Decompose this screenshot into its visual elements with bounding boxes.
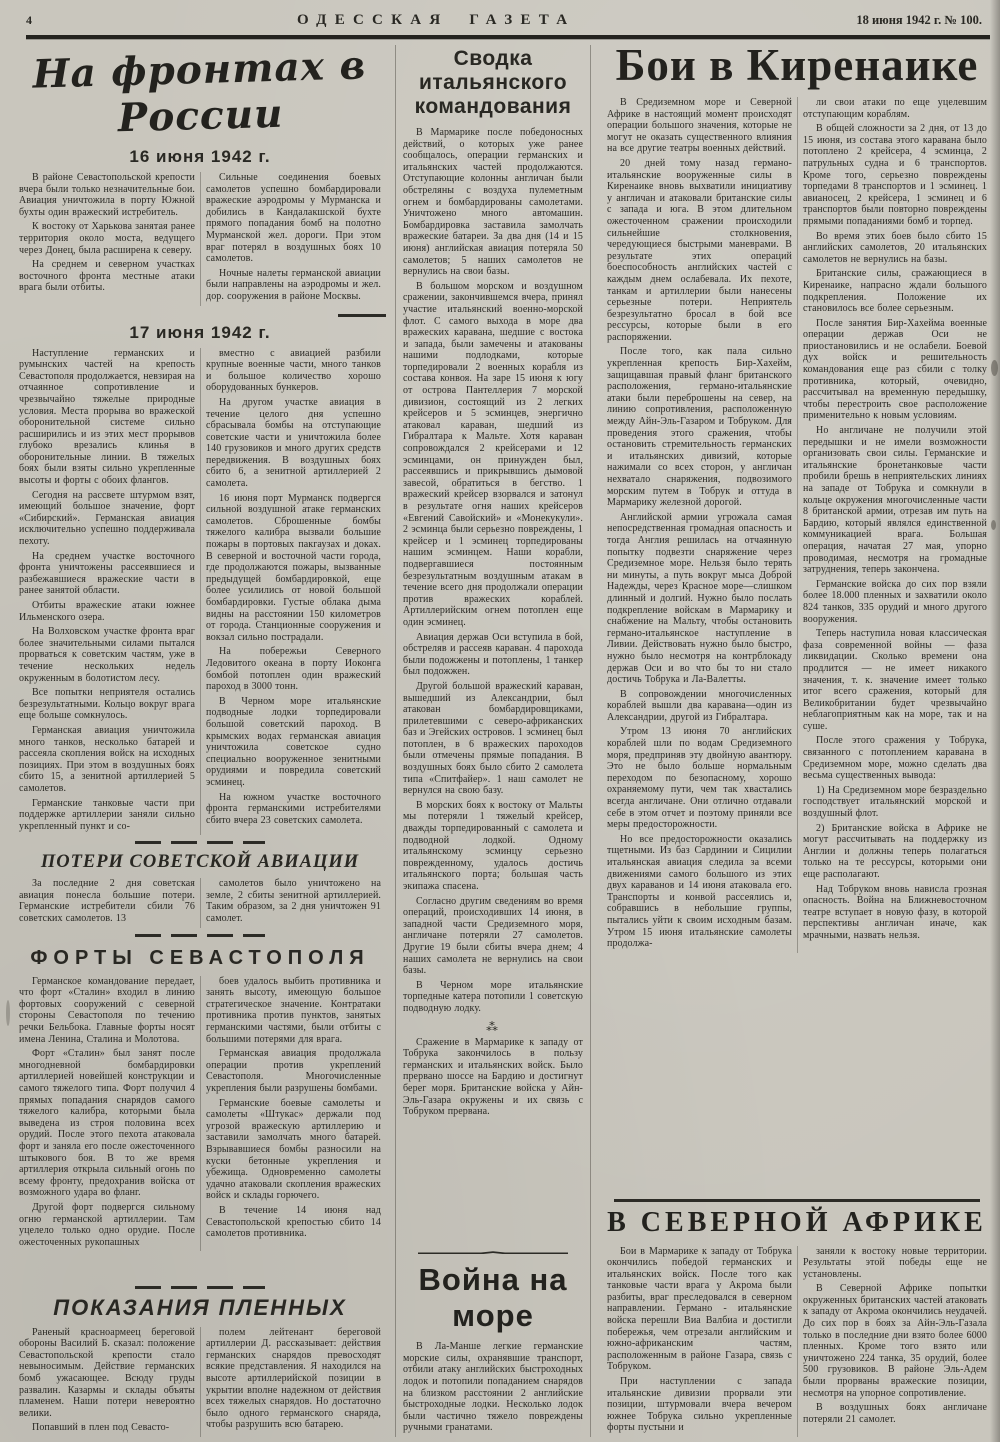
paragraph: Но англичане не получили этой передышки … — [803, 425, 987, 576]
italian-command-text-a: В Мармарике после победоносных действий,… — [403, 127, 583, 1018]
section-divider — [135, 841, 265, 844]
paragraph: Германская авиация продолжала операции п… — [206, 1048, 381, 1094]
article-north-africa: В СЕВЕРНОЙ АФРИКЕ Бои в Мармарике к запа… — [602, 1193, 992, 1438]
newspaper-page: { "header": { "page_number": "4", "masth… — [0, 0, 1000, 1442]
paragraph: В Мармарике после победоносных действий,… — [403, 127, 583, 278]
italian-command-title-line1: Сводка итальянского — [419, 47, 567, 94]
paragraph: В морских боях к востоку от Мальты мы по… — [403, 800, 583, 893]
fronts-day2-text: Наступление германских и румынских часте… — [14, 348, 386, 836]
paragraph: 1) На Средиземном море безраздельно госп… — [803, 785, 987, 820]
paragraph: Все попытки неприятеля остались безрезул… — [19, 687, 195, 722]
paragraph: В большом морском и воздушном сражении, … — [403, 281, 583, 629]
paragraph: Другой большой вражеский караван, вышедш… — [403, 681, 583, 797]
fronts-title: На фронтах в России — [14, 45, 386, 144]
paragraph: Германское командование передает, что фо… — [19, 976, 195, 1046]
paragraph: В Средиземном море и Северной Африке в н… — [607, 97, 792, 155]
scan-artifact — [991, 360, 998, 376]
cyrenaica-col2: ли свои атаки по еще уцелевшим отступающ… — [797, 97, 992, 953]
paragraph: После того, как пала сильно укрепленная … — [607, 346, 792, 508]
paragraph: В Черном море итальянские торпедные кате… — [403, 980, 583, 1015]
paragraph: На среднем и северном участках восточног… — [19, 259, 195, 294]
cyrenaica-title: Бои в Киренаике — [602, 45, 992, 89]
fronts-day1-col1: В районе Севастопольской крепости вчера … — [14, 172, 200, 306]
section-divider — [135, 1286, 265, 1289]
issue-date: 18 июня 1942 г. № 100. — [856, 13, 982, 28]
page-body: На фронтах в России 16 июня 1942 г. В ра… — [0, 39, 1000, 1437]
paragraph: Но все предосторожности оказались тщетны… — [607, 834, 792, 950]
paragraph: На южном участке восточного фронта герма… — [206, 792, 381, 827]
section-divider — [418, 1251, 568, 1254]
paragraph: Над Тобруком вновь нависла грозная опасн… — [803, 884, 987, 942]
paragraph: Авиация держав Оси вступила в бой, обстр… — [403, 632, 583, 678]
italian-command-title: Сводка итальянского командования — [403, 47, 583, 119]
paragraph: Германские боевые самолеты и самолеты «Ш… — [206, 1098, 381, 1202]
paragraph: ли свои атаки по еще уцелевшим отступающ… — [803, 97, 987, 120]
losses-col1: За последние 2 дня советская авиация пон… — [14, 878, 200, 927]
article-cyrenaica: Бои в Киренаике В Средиземном море и Сев… — [600, 45, 992, 1437]
scan-artifact — [6, 1000, 10, 1026]
north-africa-text: Бои в Мармарике к западу от Тобрука окон… — [602, 1246, 992, 1438]
paragraph: вместно с авиацией разбили крупные военн… — [206, 348, 381, 394]
paragraph: Сильные соединения боевых самолетов успе… — [206, 172, 381, 265]
paragraph: В течение 14 июня над Севастопольской кр… — [206, 1205, 381, 1240]
asterism-ornament: ⁂ — [403, 1020, 583, 1035]
paragraph: В общей сложности за 2 дня, от 13 до 15 … — [803, 123, 987, 227]
prisoners-col1: Раненый красноармеец береговой обороны В… — [14, 1327, 200, 1437]
paragraph: В районе Севастопольской крепости вчера … — [19, 172, 195, 218]
paragraph: Германские танковые части при поддержке … — [19, 798, 195, 833]
north-africa-col2: заняли к востоку новые территории. Резул… — [797, 1246, 992, 1438]
paragraph: самолетов было уничтожено на земле, 2 сб… — [206, 878, 381, 924]
losses-title: ПОТЕРИ СОВЕТСКОЙ АВИАЦИИ — [14, 852, 386, 873]
paragraph: Германские войска до сих пор взяли более… — [803, 579, 987, 625]
paragraph: Ночные налеты германской авиации были на… — [206, 268, 381, 303]
fronts-day1-col2: Сильные соединения боевых самолетов успе… — [200, 172, 386, 306]
paragraph: За последние 2 дня советская авиация пон… — [19, 878, 195, 924]
paragraph: Британские силы, сражающиеся в Киренаике… — [803, 268, 987, 314]
masthead-title: ОДЕССКАЯ ГАЗЕТА — [297, 12, 575, 29]
paragraph: Германская авиация уничтожила много танк… — [19, 725, 195, 795]
paragraph: Английской армии угрожала самая непосред… — [607, 512, 792, 686]
article-prisoners-testimony: ПОКАЗАНИЯ ПЛЕННЫХ Раненый красноармеец б… — [14, 1280, 386, 1437]
italian-command-title-line2: командования — [415, 95, 572, 118]
fronts-day2-col1: Наступление германских и румынских часте… — [14, 348, 200, 836]
paragraph: В сопровождении многочисленных кораблей … — [607, 689, 792, 724]
paragraph: Раненый красноармеец береговой обороны В… — [19, 1327, 195, 1420]
paragraph: 2) Британские войска в Африке не могут р… — [803, 823, 987, 881]
paragraph: 20 дней тому назад германо-итальянские в… — [607, 158, 792, 344]
page-header: 4 ОДЕССКАЯ ГАЗЕТА 18 июня 1942 г. № 100. — [0, 0, 1000, 33]
paragraph: Попавший в плен под Севасто- — [19, 1422, 195, 1434]
cyrenaica-text: В Средиземном море и Северной Африке в н… — [602, 97, 992, 953]
paragraph: В Черном море итальянские подводные лодк… — [206, 696, 381, 789]
paragraph: К востоку от Харькова занятая ранее терр… — [19, 221, 195, 256]
prisoners-col2: полем лейтенант береговой артиллерии Д. … — [200, 1327, 386, 1437]
forts-title: ФОРТЫ СЕВАСТОПОЛЯ — [14, 947, 386, 970]
paragraph: Сегодня на рассвете штурмом взят, имеющи… — [19, 490, 195, 548]
paragraph: Наступление германских и румынских часте… — [19, 348, 195, 487]
paragraph: Согласно другим сведениям во время опера… — [403, 896, 583, 977]
section-divider — [135, 934, 265, 937]
fronts-day1-text: В районе Севастопольской крепости вчера … — [14, 172, 386, 306]
north-africa-title: В СЕВЕРНОЙ АФРИКЕ — [602, 1207, 992, 1239]
prisoners-title: ПОКАЗАНИЯ ПЛЕННЫХ — [14, 1295, 386, 1321]
paragraph: Другой форт подвергся сильному огню герм… — [19, 1202, 195, 1248]
article-fronts-in-russia: На фронтах в России 16 июня 1942 г. В ра… — [14, 45, 386, 1437]
paragraph: После этого сражения у Тобрука, связанно… — [803, 735, 987, 781]
paragraph: 16 июня порт Мурманск подвергся сильной … — [206, 493, 381, 644]
paragraph: После занятия Бир-Хахейма военные операц… — [803, 318, 987, 422]
paragraph: Форт «Сталин» был занят после многодневн… — [19, 1048, 195, 1199]
paragraph: На побережьи Северного Ледовитого океана… — [206, 646, 381, 692]
paragraph: боев удалось выбить противника и занять … — [206, 976, 381, 1046]
losses-text: За последние 2 дня советская авиация пон… — [14, 878, 386, 927]
fronts-day2-col2: вместно с авиацией разбили крупные военн… — [200, 348, 386, 836]
paragraph: В воздушных боях англичане потеряли 21 с… — [803, 1402, 987, 1425]
paragraph: Утром 13 июня 70 английских кораблей шли… — [607, 726, 792, 830]
paragraph: При наступлении с запада итальянские див… — [607, 1376, 792, 1434]
section-divider — [614, 1199, 980, 1202]
forts-col1: Германское командование передает, что фо… — [14, 976, 200, 1252]
paragraph: Во время этих боев было сбито 15 английс… — [803, 231, 987, 266]
paragraph: Теперь наступила новая классическая фаза… — [803, 628, 987, 732]
paragraph: Сражение в Мармарике к западу от Тобрука… — [403, 1037, 583, 1118]
article-italian-command: Сводка итальянского командования В Марма… — [395, 45, 591, 1437]
prisoners-text: Раненый красноармеец береговой обороны В… — [14, 1327, 386, 1437]
cyrenaica-col1: В Средиземном море и Северной Африке в н… — [602, 97, 797, 953]
paragraph: Отбиты вражеские атаки южнее Ильменского… — [19, 600, 195, 623]
page-number: 4 — [26, 13, 32, 28]
north-africa-col1: Бои в Мармарике к западу от Тобрука окон… — [602, 1246, 797, 1438]
losses-col2: самолетов было уничтожено на земле, 2 сб… — [200, 878, 386, 927]
paragraph: На среднем участке восточного фронта уни… — [19, 551, 195, 597]
paragraph: В Ла-Манше легкие германские морские сил… — [403, 1341, 583, 1434]
paragraph: Бои в Мармарике к западу от Тобрука окон… — [607, 1246, 792, 1374]
paragraph: заняли к востоку новые территории. Резул… — [803, 1246, 987, 1281]
forts-text: Германское командование передает, что фо… — [14, 976, 386, 1252]
section-divider — [338, 314, 386, 317]
article-war-at-sea: Война на море В Ла-Манше легкие германск… — [403, 1241, 583, 1437]
paragraph: На другом участке авиация в течение цело… — [206, 397, 381, 490]
scan-edge-shadow — [990, 0, 1000, 1442]
italian-command-text-b: Сражение в Мармарике к западу от Тобрука… — [403, 1037, 583, 1121]
paragraph: В Северной Африке попытки окруженных бри… — [803, 1283, 987, 1399]
forts-col2: боев удалось выбить противника и занять … — [200, 976, 386, 1252]
fronts-day1-heading: 16 июня 1942 г. — [14, 147, 386, 167]
scan-artifact — [991, 520, 996, 530]
paragraph: На Волховском участке фронта враг более … — [19, 626, 195, 684]
war-at-sea-text: В Ла-Манше легкие германские морские сил… — [403, 1341, 583, 1434]
fronts-day2-heading: 17 июня 1942 г. — [14, 323, 386, 343]
war-at-sea-title: Война на море — [403, 1262, 583, 1334]
paragraph: полем лейтенант береговой артиллерии Д. … — [206, 1327, 381, 1431]
